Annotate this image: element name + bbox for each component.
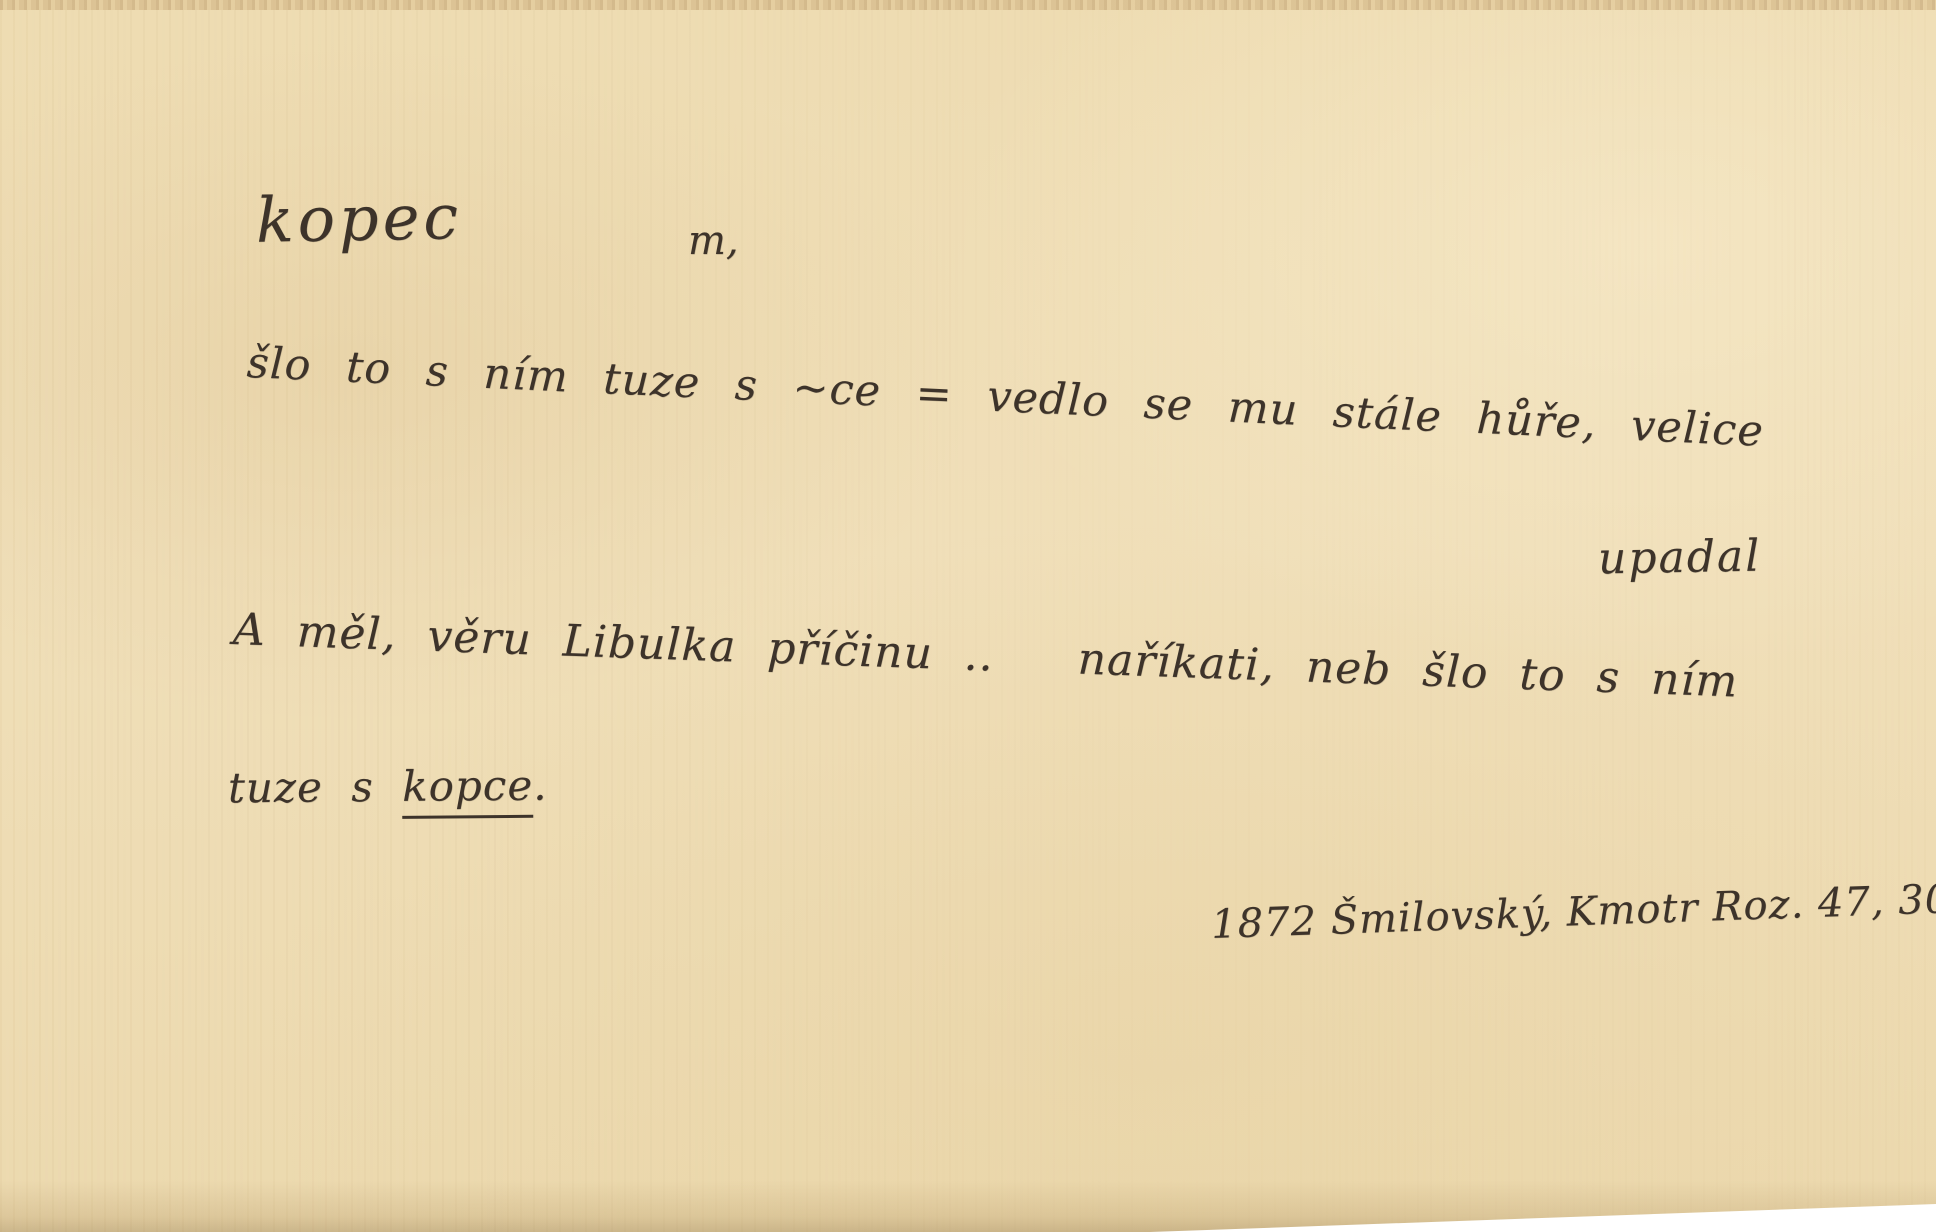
quotation-part-3-prefix: tuze s [228, 762, 403, 813]
card-top-edge [0, 0, 1936, 10]
gender-abbreviation: m, [688, 218, 739, 264]
underlined-keyword: kopce [402, 761, 533, 819]
definition-carryover-word: upadal [1598, 531, 1762, 585]
quotation-gap [993, 671, 1077, 674]
quotation-end-punctuation: . [533, 761, 548, 810]
scanned-card: kopec m, šlo to s ním tuze s ~ce = vedlo… [0, 0, 1936, 1232]
headword: kopec [255, 180, 462, 257]
quotation-line-2: tuze s kopce. [228, 761, 548, 813]
